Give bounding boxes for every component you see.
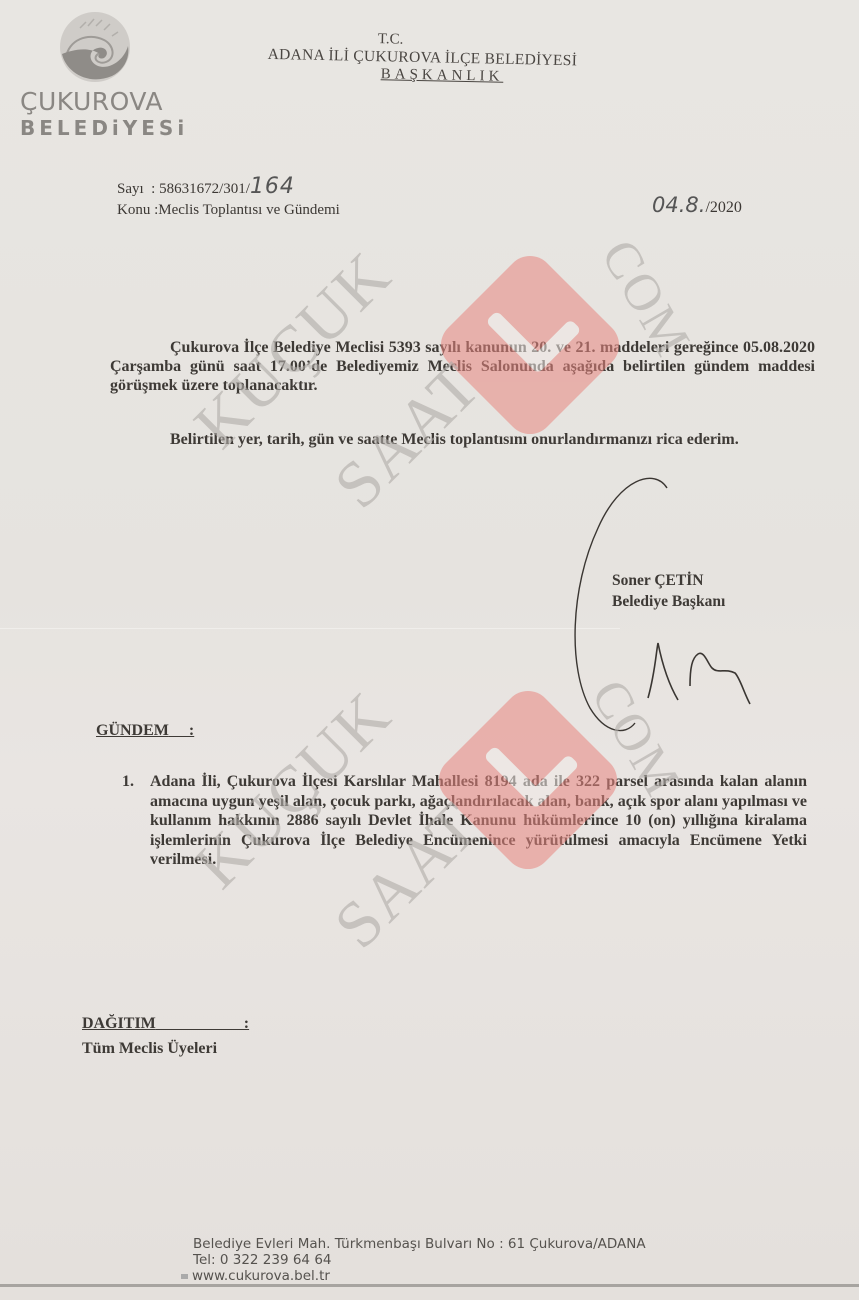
agenda-item-number: 1. <box>122 772 150 870</box>
letter-footer: Belediye Evleri Mah. Türkmenbaşı Bulvarı… <box>193 1236 646 1284</box>
logo-name-line1: ÇUKUROVA <box>20 88 188 116</box>
document-date: 04.8./2020 <box>652 193 742 217</box>
signatory-title: Belediye Başkanı <box>612 591 725 612</box>
subject-value: Meclis Toplantısı ve Gündemi <box>158 202 340 218</box>
reference-number-row: Sayı : 58631672/301/164 <box>117 176 340 200</box>
footer-website-row: www.cukurova.bel.tr <box>193 1268 646 1284</box>
paper-fold-line <box>0 628 620 629</box>
reference-number-value: 58631672/301/ <box>159 181 250 197</box>
footer-rule <box>0 1284 859 1287</box>
document-reference: Sayı : 58631672/301/164 Konu :Meclis Top… <box>117 176 340 221</box>
subject-row: Konu :Meclis Toplantısı ve Gündemi <box>117 200 340 221</box>
municipality-logo-text: ÇUKUROVA BELEDiYESi <box>20 88 188 140</box>
date-year: /2020 <box>705 199 741 216</box>
footer-address: Belediye Evleri Mah. Türkmenbaşı Bulvarı… <box>193 1236 646 1252</box>
letterhead: T.C. ADANA İLİ ÇUKUROVA İLÇE BELEDİYESİ … <box>227 28 618 88</box>
footer-phone: Tel: 0 322 239 64 64 <box>193 1252 646 1268</box>
distribution-recipients: Tüm Meclis Üyeleri <box>82 1040 217 1058</box>
web-icon <box>181 1274 188 1279</box>
date-handwritten: 04.8. <box>652 193 705 217</box>
signatory-name: Soner ÇETİN <box>612 570 725 591</box>
signatory: Soner ÇETİN Belediye Başkanı <box>612 570 725 612</box>
agenda-heading: GÜNDEM : <box>96 722 194 740</box>
reference-number-label: Sayı <box>117 181 144 197</box>
distribution-heading: DAĞITIM : <box>82 1015 249 1033</box>
wave-emblem-icon <box>58 10 132 84</box>
subject-label: Konu <box>117 202 150 218</box>
reference-number-handwritten: 164 <box>250 174 295 199</box>
logo-name-line2: BELEDiYESi <box>20 116 188 140</box>
footer-website[interactable]: www.cukurova.bel.tr <box>192 1268 330 1284</box>
